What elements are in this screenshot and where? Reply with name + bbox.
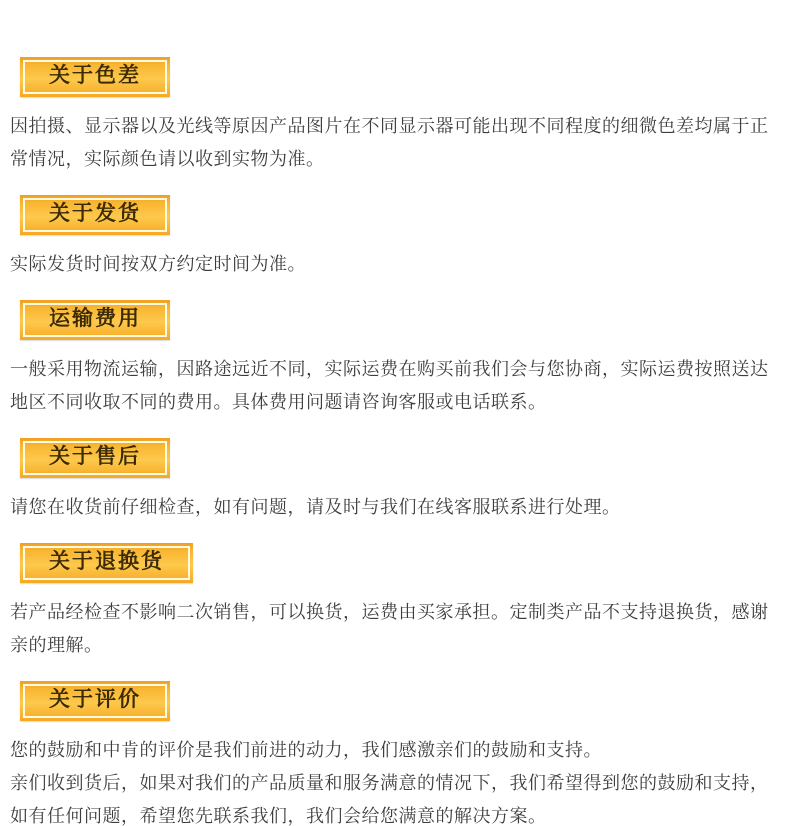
badge-label: 关于评价: [49, 688, 141, 711]
section-badge-reviews: 关于评价: [20, 681, 170, 721]
badge-inner-frame: 运输费用: [23, 303, 167, 337]
section-badge-shipping: 关于发货: [20, 195, 170, 235]
badge-inner-frame: 关于色差: [23, 60, 167, 94]
badge-inner-frame: 关于评价: [23, 684, 167, 718]
badge-label: 关于发货: [49, 202, 141, 225]
section-badge-color-difference: 关于色差: [20, 57, 170, 97]
section-paragraph: 若产品经检查不影响二次销售，可以换货，运费由买家承担。定制类产品不支持退换货，感…: [10, 596, 781, 662]
badge-label: 运输费用: [49, 307, 141, 330]
section-paragraph: 一般采用物流运输，因路途远近不同，实际运费在购买前我们会与您协商，实际运费按照送…: [10, 353, 781, 419]
badge-label: 关于售后: [49, 445, 141, 468]
section-shipping-cost: 运输费用 一般采用物流运输，因路途远近不同，实际运费在购买前我们会与您协商，实际…: [10, 300, 781, 419]
section-paragraph: 因拍摄、显示器以及光线等原因产品图片在不同显示器可能出现不同程度的细微色差均属于…: [10, 110, 781, 176]
section-badge-returns: 关于退换货: [20, 543, 193, 583]
section-paragraph: 实际发货时间按双方约定时间为准。: [10, 248, 781, 281]
section-badge-after-sales: 关于售后: [20, 438, 170, 478]
section-shipping: 关于发货 实际发货时间按双方约定时间为准。: [10, 195, 781, 281]
badge-inner-frame: 关于退换货: [23, 546, 190, 580]
section-color-difference: 关于色差 因拍摄、显示器以及光线等原因产品图片在不同显示器可能出现不同程度的细微…: [10, 57, 781, 176]
section-returns: 关于退换货 若产品经检查不影响二次销售，可以换货，运费由买家承担。定制类产品不支…: [10, 543, 781, 662]
product-notice-page: 关于色差 因拍摄、显示器以及光线等原因产品图片在不同显示器可能出现不同程度的细微…: [0, 0, 789, 826]
badge-inner-frame: 关于售后: [23, 441, 167, 475]
section-reviews: 关于评价 您的鼓励和中肯的评价是我们前进的动力，我们感激亲们的鼓励和支持。 亲们…: [10, 681, 781, 826]
section-badge-shipping-cost: 运输费用: [20, 300, 170, 340]
badge-inner-frame: 关于发货: [23, 198, 167, 232]
section-paragraph: 您的鼓励和中肯的评价是我们前进的动力，我们感激亲们的鼓励和支持。: [10, 734, 781, 767]
section-paragraph: 亲们收到货后，如果对我们的产品质量和服务满意的情况下，我们希望得到您的鼓励和支持…: [10, 767, 781, 826]
section-after-sales: 关于售后 请您在收货前仔细检查，如有问题，请及时与我们在线客服联系进行处理。: [10, 438, 781, 524]
badge-label: 关于退换货: [49, 550, 164, 573]
section-paragraph: 请您在收货前仔细检查，如有问题，请及时与我们在线客服联系进行处理。: [10, 491, 781, 524]
badge-label: 关于色差: [49, 64, 141, 87]
